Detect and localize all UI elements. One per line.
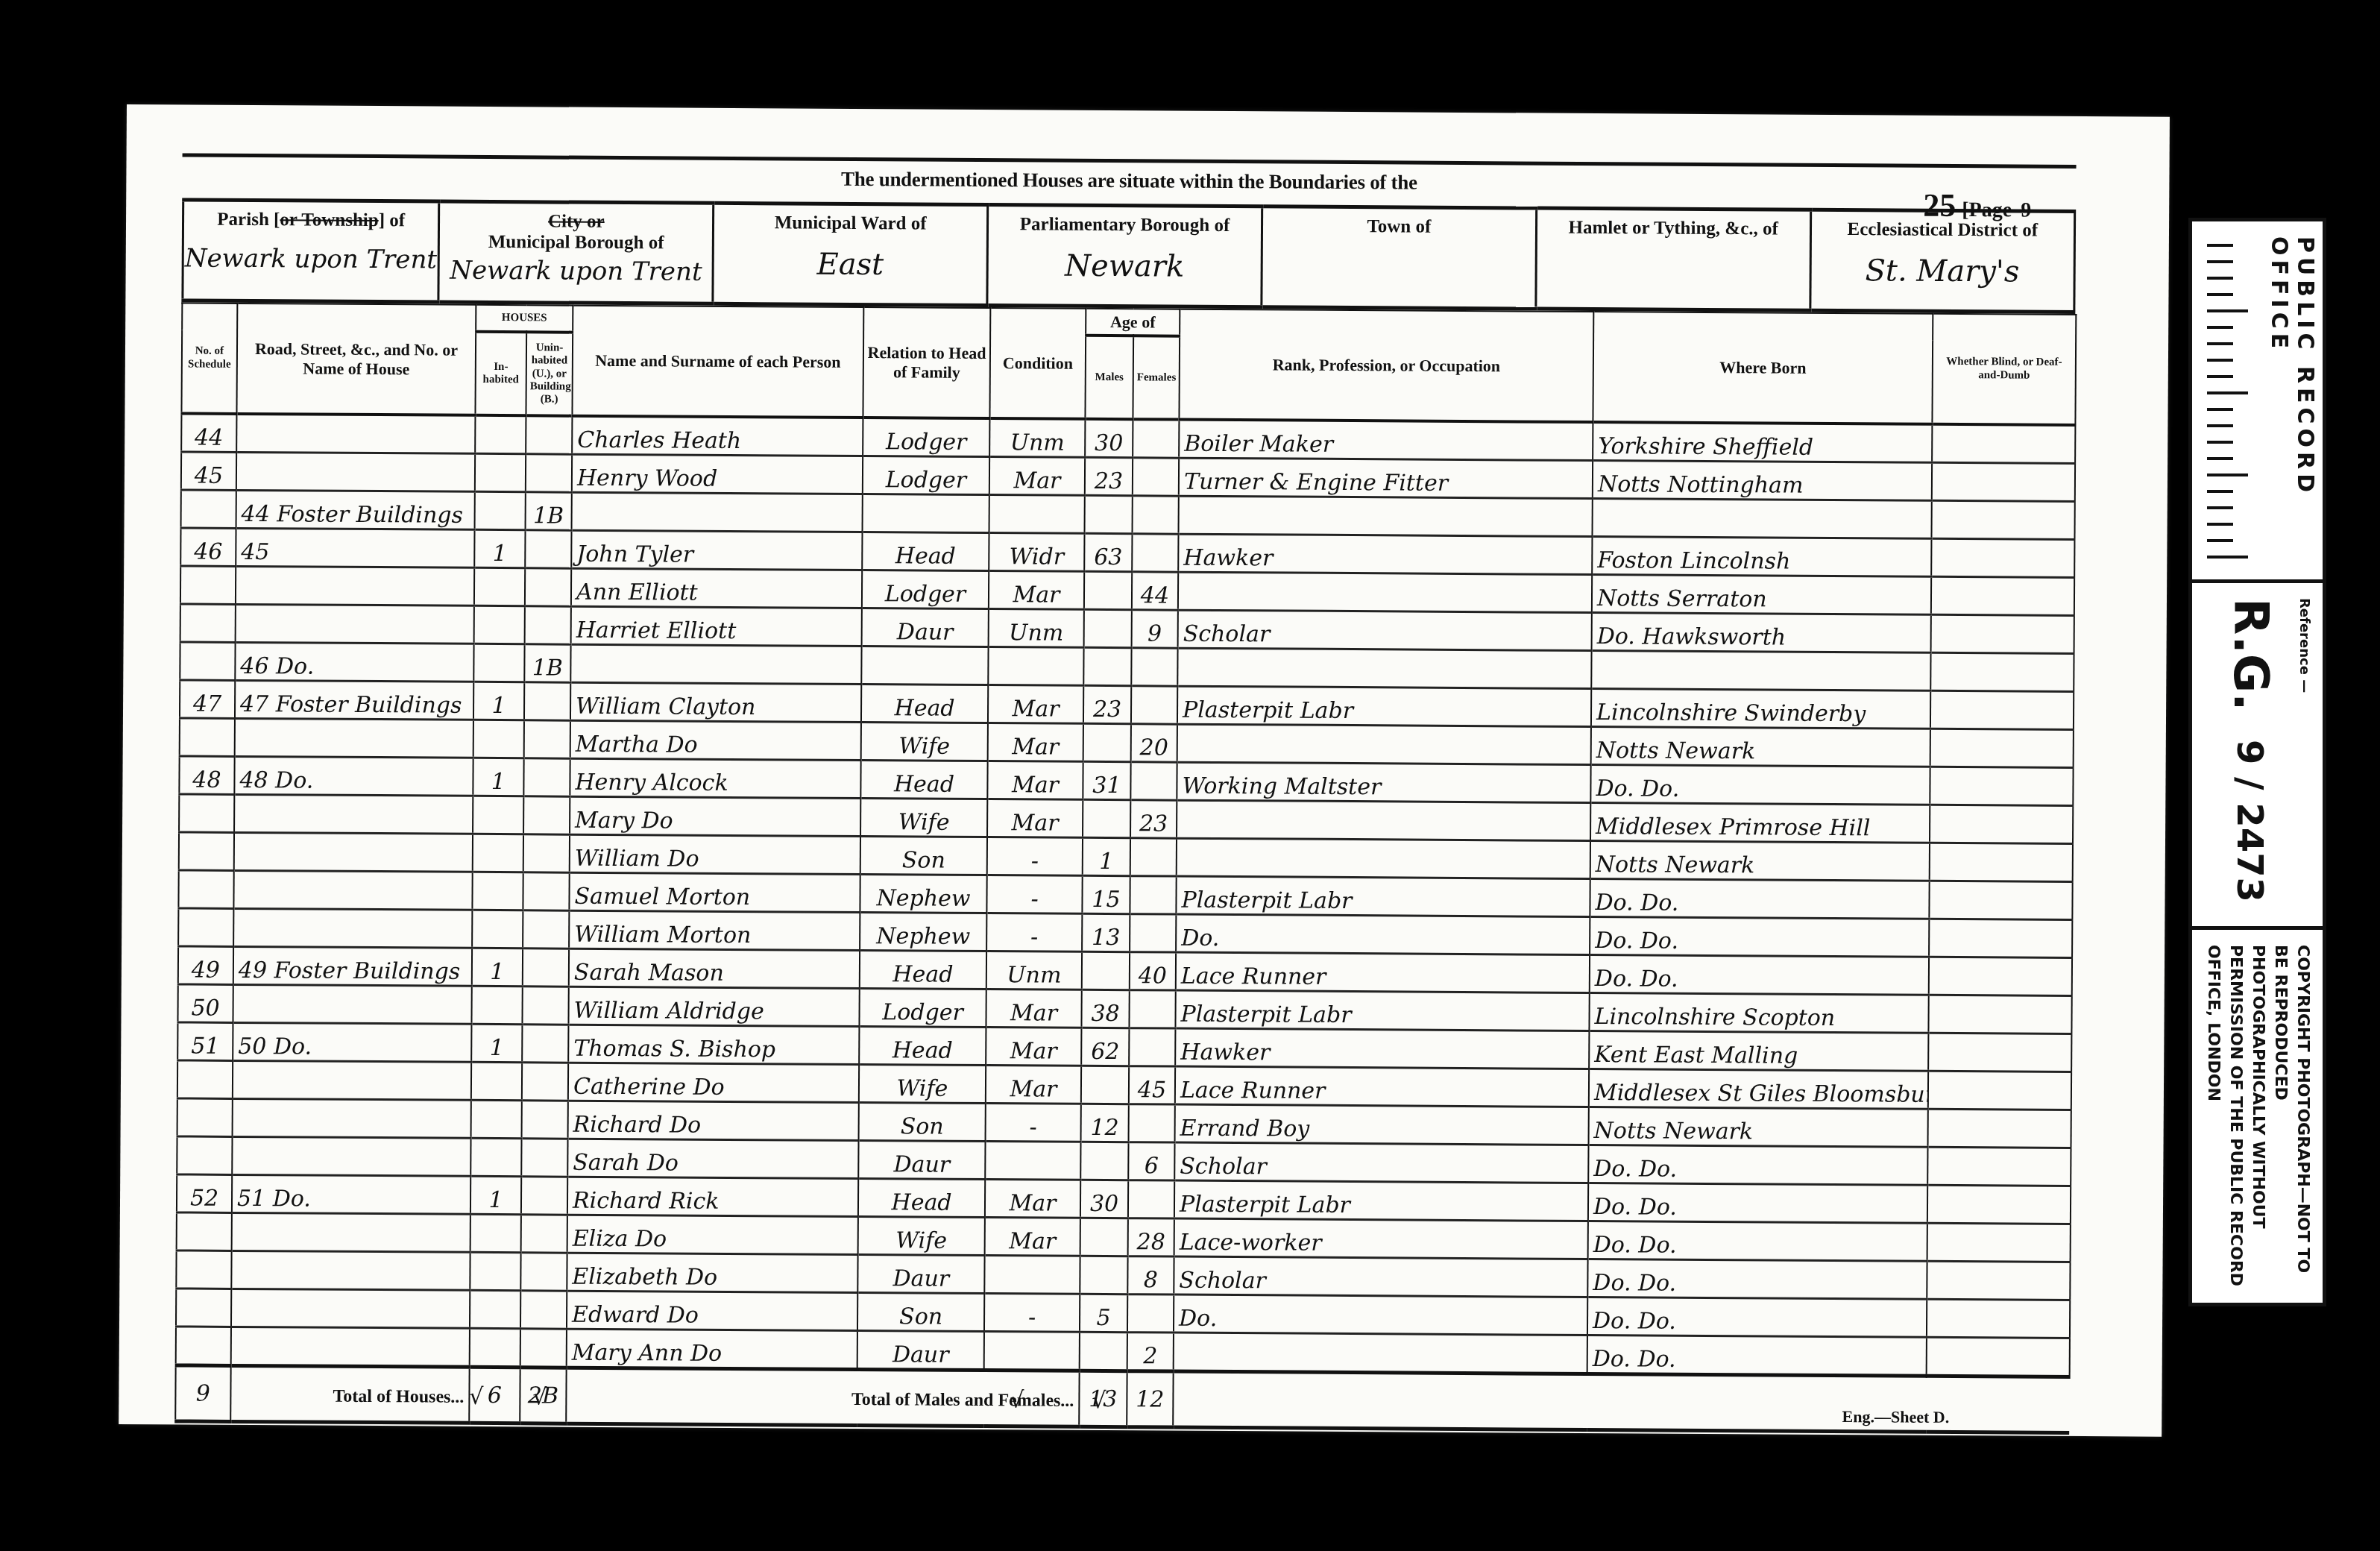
census-table: No. of Schedule Road, Street, &c., and N… bbox=[174, 302, 2077, 1435]
cell-blind bbox=[1928, 1072, 2071, 1110]
check-mark: √ bbox=[532, 1384, 547, 1410]
ruler-tick bbox=[2207, 244, 2233, 247]
cell-schedule bbox=[181, 490, 236, 528]
cell-female bbox=[1129, 1104, 1175, 1142]
cell-schedule bbox=[179, 794, 234, 832]
hamlet-field: Hamlet or Tything, &c., of bbox=[1536, 208, 1811, 310]
cell-relation: Lodger bbox=[863, 456, 989, 495]
cell-name: Henry Alcock bbox=[570, 758, 860, 798]
col-road: Road, Street, &c., and No. or Name of Ho… bbox=[236, 303, 476, 415]
cell-condition: Widr bbox=[989, 533, 1084, 572]
cell-relation: Wife bbox=[859, 1065, 986, 1104]
cell-occupation: Turner & Engine Fitter bbox=[1179, 458, 1593, 498]
cell-inh bbox=[474, 568, 525, 606]
eccl-district-label: Ecclesiastical District of bbox=[1848, 219, 2039, 241]
col-name: Name and Surname of each Person bbox=[572, 306, 863, 418]
cell-female: 40 bbox=[1130, 952, 1176, 990]
cell-relation: Daur bbox=[857, 1255, 984, 1294]
cell-schedule: 50 bbox=[177, 984, 233, 1022]
ruler-tick bbox=[2207, 375, 2233, 378]
cell-relation: Wife bbox=[858, 1217, 985, 1256]
cell-road bbox=[236, 605, 474, 644]
cell-occupation: Lace-worker bbox=[1174, 1218, 1588, 1259]
city-strike: City or bbox=[441, 211, 711, 233]
cell-inh bbox=[470, 1329, 520, 1368]
piece-number: 9 / 2473 bbox=[2229, 740, 2270, 902]
col-condition: Condition bbox=[989, 308, 1086, 419]
total-females: 12 bbox=[1127, 1371, 1173, 1427]
cell-schedule bbox=[180, 718, 235, 756]
cell-male: 38 bbox=[1081, 990, 1129, 1028]
cell-road: 45 bbox=[236, 529, 474, 568]
cell-inh bbox=[471, 1101, 522, 1139]
cell-road bbox=[231, 1327, 470, 1368]
cell-born: Do. Do. bbox=[1588, 1145, 1927, 1186]
ruler-tick bbox=[2207, 556, 2248, 559]
check-mark: √ bbox=[469, 1384, 483, 1410]
col-born: Where Born bbox=[1593, 312, 1933, 424]
cell-condition bbox=[984, 1332, 1080, 1371]
cell-condition: Mar bbox=[986, 1028, 1081, 1066]
cell-blind bbox=[1929, 919, 2072, 958]
col-inhabited: In-habited bbox=[475, 332, 526, 415]
cell-name: Martha Do bbox=[570, 720, 861, 760]
cell-born: Notts Newark bbox=[1590, 841, 1930, 881]
cell-blind bbox=[1932, 501, 2075, 540]
cell-inh bbox=[473, 834, 523, 872]
total-schedules: 9 bbox=[175, 1365, 230, 1421]
sheet-footer: Eng.—Sheet D. bbox=[1842, 1407, 1950, 1427]
cell-uninh bbox=[523, 758, 570, 796]
cell-condition: Unm bbox=[989, 418, 1085, 457]
cell-blind bbox=[1932, 424, 2075, 464]
cell-road bbox=[233, 871, 472, 910]
cell-relation: Son bbox=[860, 837, 987, 875]
cell-female bbox=[1129, 990, 1175, 1028]
cell-female: 45 bbox=[1129, 1066, 1175, 1104]
cell-name: William Clayton bbox=[570, 682, 861, 722]
cell-road bbox=[232, 1213, 470, 1253]
cell-road bbox=[233, 909, 472, 948]
cell-female: 8 bbox=[1127, 1256, 1174, 1294]
cell-road bbox=[236, 567, 474, 606]
parish-field: Parish [or Township] of Newark upon Tren… bbox=[183, 200, 439, 302]
cell-blind bbox=[1927, 1148, 2071, 1186]
cell-condition: Mar bbox=[985, 1180, 1080, 1218]
ruler-tick bbox=[2207, 506, 2233, 509]
cell-condition: Mar bbox=[987, 799, 1083, 838]
cell-uninh: 1B bbox=[526, 492, 572, 530]
cell-relation: Head bbox=[860, 761, 987, 799]
cell-schedule bbox=[179, 832, 234, 870]
cell-born: Lincolnshire Scopton bbox=[1589, 993, 1928, 1034]
cell-road: 46 Do. bbox=[235, 643, 473, 682]
cell-female bbox=[1127, 1294, 1174, 1333]
cell-road bbox=[234, 795, 473, 834]
cell-schedule bbox=[177, 1136, 232, 1174]
cell-occupation: Plasterpit Labr bbox=[1175, 990, 1589, 1031]
cell-born: Do. Do. bbox=[1590, 917, 1929, 957]
cell-relation: Lodger bbox=[863, 418, 989, 457]
cell-condition bbox=[988, 647, 1083, 686]
census-form: The undermentioned Houses are situate wi… bbox=[175, 153, 2077, 1372]
cell-road bbox=[236, 414, 475, 453]
cell-condition: Mar bbox=[986, 990, 1081, 1028]
cell-occupation: Lace Runner bbox=[1175, 1066, 1589, 1107]
cell-condition: - bbox=[986, 1104, 1081, 1142]
cell-relation: Lodger bbox=[862, 570, 989, 609]
cell-schedule bbox=[178, 870, 233, 908]
cell-blind bbox=[1927, 1186, 2071, 1224]
series-code: R.G. bbox=[2223, 598, 2278, 711]
cell-occupation bbox=[1174, 1333, 1587, 1374]
cell-name: Thomas S. Bishop bbox=[568, 1025, 859, 1064]
cell-schedule: 47 bbox=[180, 680, 235, 718]
cell-condition: - bbox=[986, 913, 1082, 952]
cell-male: 13 bbox=[1082, 914, 1130, 952]
reference-box: Reference — R.G. 9 / 2473 bbox=[2192, 583, 2323, 930]
cell-inh bbox=[470, 1291, 520, 1329]
cell-blind bbox=[1930, 843, 2073, 882]
cell-condition: Unm bbox=[986, 951, 1082, 990]
cell-name bbox=[572, 492, 863, 532]
borough-value: Newark upon Trent bbox=[441, 256, 711, 287]
cell-uninh bbox=[526, 416, 572, 455]
cell-male bbox=[1080, 1142, 1128, 1180]
cell-occupation: Errand Boy bbox=[1175, 1104, 1589, 1145]
cell-born: Kent East Malling bbox=[1589, 1031, 1928, 1072]
cell-born: Lincolnshire Swinderby bbox=[1591, 689, 1930, 729]
cell-relation: Wife bbox=[861, 723, 988, 761]
cell-name: Henry Wood bbox=[572, 454, 863, 494]
col-occupation: Rank, Profession, or Occupation bbox=[1179, 309, 1593, 423]
cell-male bbox=[1084, 610, 1132, 648]
houses-label: Total of Houses... bbox=[333, 1387, 465, 1407]
cell-female bbox=[1128, 1180, 1174, 1218]
cell-uninh: 1B bbox=[524, 644, 570, 682]
persons-label: Total of Males and Females... bbox=[851, 1390, 1074, 1411]
cell-inh bbox=[472, 872, 523, 910]
cell-occupation: Do. bbox=[1174, 1294, 1587, 1335]
col-age: Age of bbox=[1086, 309, 1180, 336]
check-mark: √ bbox=[1092, 1388, 1106, 1414]
ruler-tick bbox=[2207, 441, 2233, 444]
cell-blind bbox=[1927, 1338, 2070, 1377]
cell-male: 63 bbox=[1084, 534, 1132, 572]
cell-schedule bbox=[180, 566, 236, 604]
cell-male: 23 bbox=[1085, 458, 1133, 496]
cell-blind bbox=[1931, 615, 2074, 654]
cell-blind bbox=[1928, 1034, 2071, 1072]
cell-female: 2 bbox=[1127, 1333, 1174, 1371]
cell-female bbox=[1133, 458, 1179, 496]
cell-female: 20 bbox=[1131, 724, 1177, 762]
cell-born: Do. Do. bbox=[1588, 1221, 1927, 1262]
cell-occupation bbox=[1178, 572, 1592, 612]
parish-value: Newark upon Trent bbox=[185, 243, 438, 274]
cell-relation: Wife bbox=[860, 799, 987, 837]
cell-relation: Nephew bbox=[860, 875, 986, 913]
cell-blind bbox=[1928, 995, 2071, 1034]
cell-occupation: Scholar bbox=[1174, 1142, 1588, 1183]
cell-male: 30 bbox=[1085, 419, 1133, 458]
cell-born: Do. Do. bbox=[1588, 1183, 1927, 1224]
cell-born: Do. Hawksworth bbox=[1592, 613, 1931, 653]
cell-road: 44 Foster Buildings bbox=[236, 491, 475, 530]
cell-name: Richard Rick bbox=[567, 1177, 858, 1216]
cell-born: Notts Newark bbox=[1589, 1107, 1928, 1148]
cell-schedule bbox=[178, 908, 233, 946]
ruler-tick bbox=[2207, 391, 2248, 394]
cell-name bbox=[570, 644, 861, 684]
cell-name: Eliza Do bbox=[567, 1215, 858, 1254]
cell-road bbox=[232, 1137, 470, 1177]
cell-name: Edward Do bbox=[567, 1291, 857, 1330]
cell-blind bbox=[1931, 539, 2074, 578]
col-blind: Whether Blind, or Deaf-and-Dumb bbox=[1932, 314, 2076, 425]
cell-male: 30 bbox=[1080, 1180, 1128, 1218]
total-persons-label: Total of Males and Females... bbox=[566, 1368, 1079, 1426]
cell-blind bbox=[1927, 1300, 2070, 1338]
ruler-tick bbox=[2207, 293, 2233, 296]
cell-uninh bbox=[520, 1329, 567, 1368]
cell-relation: Lodger bbox=[859, 989, 986, 1028]
cell-condition: Unm bbox=[989, 609, 1084, 648]
total-houses-label: Total of Houses... bbox=[230, 1366, 469, 1423]
cell-male: 31 bbox=[1083, 762, 1130, 800]
col-uninhabited: Unin-habited (U.), or Building (B.) bbox=[526, 333, 573, 416]
cell-relation: Daur bbox=[857, 1331, 984, 1371]
cell-male bbox=[1083, 800, 1130, 838]
cell-male bbox=[1084, 572, 1132, 610]
cell-occupation bbox=[1177, 800, 1590, 840]
cell-female bbox=[1133, 420, 1179, 459]
cell-condition: Mar bbox=[989, 457, 1085, 496]
cell-inh bbox=[473, 720, 524, 758]
cell-schedule: 48 bbox=[179, 756, 234, 794]
cell-inh bbox=[471, 1063, 522, 1101]
parl-borough-field: Parliamentary Borough of Newark bbox=[987, 205, 1262, 307]
cell-name: Charles Heath bbox=[572, 416, 863, 456]
cell-inh bbox=[475, 454, 526, 492]
cell-uninh bbox=[525, 530, 571, 568]
cell-uninh bbox=[521, 1177, 567, 1215]
cell-road bbox=[235, 719, 473, 758]
cell-road: 48 Do. bbox=[234, 757, 473, 796]
cell-female: 44 bbox=[1132, 572, 1178, 610]
cell-condition bbox=[984, 1256, 1080, 1294]
cell-blind bbox=[1932, 463, 2075, 502]
census-page: The undermentioned Houses are situate wi… bbox=[119, 104, 2170, 1437]
cell-blind bbox=[1931, 577, 2074, 616]
cell-female bbox=[1132, 534, 1178, 572]
cell-occupation: Working Maltster bbox=[1177, 762, 1590, 802]
cell-uninh bbox=[522, 1025, 568, 1063]
cell-condition: Mar bbox=[988, 723, 1083, 762]
cell-condition: - bbox=[987, 837, 1083, 876]
parish-label-end: ] of bbox=[379, 210, 406, 230]
cell-male: 12 bbox=[1081, 1104, 1129, 1142]
cell-born: Foston Lincolnsh bbox=[1592, 537, 1931, 577]
cell-blind bbox=[1929, 957, 2072, 996]
col-females: Females bbox=[1133, 336, 1180, 420]
cell-male: 1 bbox=[1083, 838, 1130, 876]
cell-name: Elizabeth Do bbox=[567, 1253, 857, 1292]
col-houses: HOUSES bbox=[476, 305, 573, 333]
cell-road bbox=[231, 1289, 470, 1329]
ruler-tick bbox=[2207, 490, 2233, 493]
cell-name: Mary Ann Do bbox=[567, 1329, 857, 1369]
cell-schedule bbox=[176, 1250, 231, 1289]
cell-schedule: 52 bbox=[177, 1174, 232, 1212]
cell-schedule: 49 bbox=[178, 946, 233, 984]
cell-inh bbox=[470, 1139, 521, 1177]
ruler-tick bbox=[2207, 523, 2233, 526]
col-schedule: No. of Schedule bbox=[181, 303, 237, 414]
cell-uninh bbox=[523, 948, 569, 987]
cell-born: Do. Do. bbox=[1590, 955, 1929, 995]
cell-male bbox=[1083, 648, 1131, 686]
cell-female bbox=[1130, 838, 1177, 876]
cell-uninh bbox=[523, 910, 569, 948]
cell-born: Notts Serraton bbox=[1592, 575, 1931, 615]
cell-road: 51 Do. bbox=[232, 1175, 470, 1215]
cell-name: John Tyler bbox=[571, 530, 862, 570]
cell-uninh bbox=[522, 987, 568, 1025]
cell-relation: Daur bbox=[862, 608, 989, 647]
cell-schedule: 51 bbox=[177, 1022, 233, 1060]
cell-born: Notts Nottingham bbox=[1593, 461, 1932, 501]
cell-relation: Head bbox=[862, 532, 989, 571]
cell-condition: Mar bbox=[986, 1066, 1081, 1104]
cell-male: 5 bbox=[1080, 1294, 1127, 1333]
parish-label: Parish [ bbox=[217, 210, 280, 230]
cell-relation: Nephew bbox=[860, 913, 986, 951]
cell-inh: 1 bbox=[473, 682, 524, 720]
ward-label: Municipal Ward of bbox=[775, 213, 927, 233]
cell-occupation: Hawker bbox=[1175, 1028, 1589, 1069]
cell-condition: - bbox=[986, 875, 1082, 914]
cell-female bbox=[1130, 876, 1176, 914]
cell-male bbox=[1083, 724, 1131, 762]
cell-male bbox=[1080, 1333, 1127, 1371]
cell-relation: Son bbox=[857, 1293, 984, 1332]
cell-road bbox=[233, 1061, 471, 1101]
cell-schedule bbox=[176, 1327, 231, 1365]
ruler-tick bbox=[2207, 342, 2233, 345]
cell-condition: - bbox=[984, 1294, 1080, 1333]
ruler-tick bbox=[2207, 326, 2233, 329]
cell-name: Ann Elliott bbox=[571, 568, 862, 608]
eccl-district-field: Ecclesiastical District of St. Mary's bbox=[1810, 210, 2075, 312]
col-males: Males bbox=[1085, 336, 1133, 419]
cell-name: Mary Do bbox=[570, 796, 860, 836]
cell-female bbox=[1130, 914, 1176, 952]
cell-inh bbox=[475, 492, 526, 530]
office-name: PUBLIC RECORD OFFICE bbox=[2266, 236, 2318, 579]
boundary-header: Parish [or Township] of Newark upon Tren… bbox=[181, 198, 2076, 314]
ruler-tick bbox=[2207, 539, 2233, 542]
borough-label: Municipal Borough of bbox=[488, 232, 664, 253]
scale-ruler: PUBLIC RECORD OFFICE bbox=[2192, 221, 2323, 583]
cell-uninh bbox=[523, 796, 570, 834]
cell-name: William Do bbox=[570, 834, 860, 874]
cell-female bbox=[1133, 496, 1179, 534]
cell-name: Sarah Do bbox=[567, 1139, 858, 1178]
cell-uninh bbox=[521, 1215, 567, 1253]
cell-schedule bbox=[177, 1212, 232, 1250]
cell-inh bbox=[474, 606, 525, 644]
cell-born: Do. Do. bbox=[1587, 1297, 1927, 1338]
cell-uninh bbox=[525, 568, 571, 606]
cell-blind bbox=[1930, 729, 2074, 768]
cell-born: Do. Do. bbox=[1587, 1336, 1927, 1377]
cell-uninh bbox=[524, 682, 570, 720]
cell-born: Middlesex St Giles Bloomsbury bbox=[1589, 1069, 1928, 1110]
cell-blind bbox=[1930, 691, 2074, 730]
cell-inh: 1 bbox=[474, 530, 525, 568]
cell-relation bbox=[861, 646, 988, 685]
cell-uninh bbox=[522, 1063, 568, 1101]
cell-schedule: 45 bbox=[181, 452, 236, 490]
cell-born: Middlesex Primrose Hill bbox=[1590, 803, 1930, 843]
town-field: Town of bbox=[1262, 207, 1537, 309]
cell-schedule: 46 bbox=[180, 528, 236, 566]
cell-uninh bbox=[522, 1101, 568, 1139]
cell-male bbox=[1085, 496, 1133, 534]
cell-male bbox=[1081, 1066, 1129, 1104]
cell-inh: 1 bbox=[472, 948, 523, 987]
ward-value: East bbox=[715, 247, 986, 283]
town-label: Town of bbox=[1367, 216, 1431, 237]
cell-inh: 1 bbox=[471, 1025, 522, 1063]
cell-schedule bbox=[177, 1098, 233, 1136]
cell-occupation bbox=[1177, 648, 1591, 688]
cell-relation: Head bbox=[858, 1179, 985, 1218]
cell-relation: Son bbox=[859, 1103, 986, 1142]
cell-male bbox=[1080, 1256, 1127, 1294]
cell-uninh bbox=[521, 1139, 567, 1177]
check-mark: √ bbox=[1010, 1387, 1024, 1413]
cell-inh bbox=[472, 910, 523, 948]
cell-road bbox=[231, 1251, 470, 1291]
cell-relation: Head bbox=[859, 1027, 986, 1066]
cell-schedule: 44 bbox=[181, 414, 236, 453]
cell-uninh bbox=[523, 834, 570, 872]
cell-inh bbox=[471, 987, 522, 1025]
cell-born: Do. Do. bbox=[1587, 1259, 1927, 1300]
cell-occupation: Boiler Maker bbox=[1179, 420, 1593, 461]
cell-condition: Mar bbox=[985, 1218, 1080, 1256]
cell-occupation bbox=[1177, 724, 1591, 764]
cell-born: Do. Do. bbox=[1590, 765, 1930, 805]
cell-born: Do. Do. bbox=[1590, 879, 1929, 919]
copyright-box: COPYRIGHT PHOTOGRAPH—NOT TO BE REPRODUCE… bbox=[2192, 930, 2323, 1295]
cell-occupation: Hawker bbox=[1178, 534, 1592, 574]
record-office-strip: PUBLIC RECORD OFFICE Reference — R.G. 9 … bbox=[2188, 218, 2326, 1306]
cell-blind bbox=[1927, 1262, 2070, 1300]
cell-inh bbox=[473, 644, 524, 682]
hamlet-label: Hamlet or Tything, &c., of bbox=[1569, 218, 1778, 239]
cell-name: William Morton bbox=[569, 910, 860, 950]
cell-blind bbox=[1930, 805, 2073, 844]
cell-relation bbox=[863, 494, 989, 533]
cell-name: William Aldridge bbox=[568, 987, 859, 1026]
cell-female bbox=[1129, 1028, 1175, 1066]
cell-uninh bbox=[523, 872, 569, 910]
cell-uninh bbox=[520, 1253, 567, 1291]
cell-inh: 1 bbox=[473, 758, 523, 796]
